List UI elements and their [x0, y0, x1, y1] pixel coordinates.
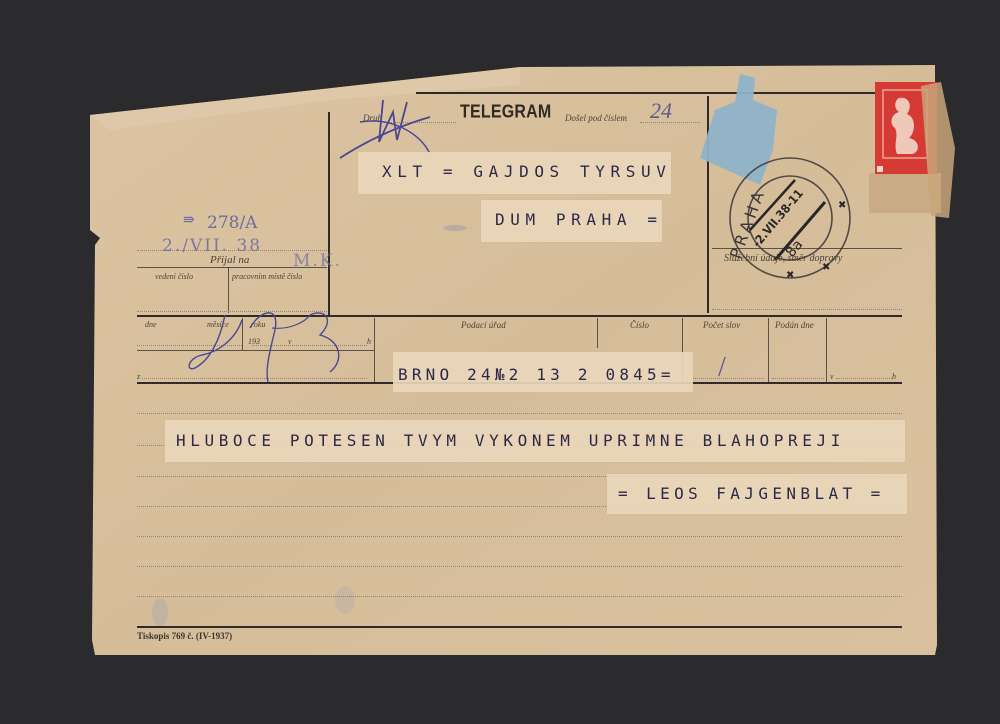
info-dotted-podan — [772, 378, 824, 379]
form-code: Tiskopis 769 č. (IV-1937) — [137, 631, 232, 641]
h2-label: h — [892, 372, 896, 381]
message-line-6 — [137, 566, 902, 567]
top-border-line — [416, 92, 903, 94]
info-dotted-time — [836, 378, 892, 379]
handwritten-signature — [180, 300, 360, 390]
left-column-divider — [328, 112, 330, 315]
v2-label: v — [830, 372, 834, 381]
arrival-stamp-number: 278/A — [207, 213, 257, 233]
info-divider-3 — [597, 318, 598, 348]
dosel-label: Došel pod číslem — [565, 113, 627, 123]
message-line-2-text: = LEOS FAJGENBLAT = — [618, 484, 885, 503]
pocet-slov-handwritten: / — [718, 352, 726, 384]
message-line-1-text: HLUBOCE POTESEN TVYM VYKONEM UPRIMNE BLA… — [176, 431, 845, 450]
arrival-stamp-arrow: ⇛ — [183, 212, 195, 228]
service-label: Služební údaje, směr dopravy — [724, 253, 842, 264]
info-typed-line: BRNO 24№2 13 2 0845= — [398, 365, 675, 384]
info-divider-6 — [826, 318, 827, 382]
postmark-stamp: PRAHA -2.VII.38-11 8a ✖ ✖ ✖ — [720, 150, 860, 290]
message-line-1 — [137, 413, 902, 414]
podaci-urad-label: Podací úřad — [461, 320, 506, 330]
dne-label: dne — [145, 320, 157, 329]
arrival-stamp-date: 2./VII. 38 — [162, 236, 262, 256]
pocet-slov-label: Počet slov — [703, 320, 740, 330]
h-label: h — [367, 337, 371, 346]
pracovni-misto-label: pracovním místě číslo — [232, 272, 302, 281]
svg-text:✖: ✖ — [838, 200, 846, 211]
arrival-stamp-initials: M.K. — [293, 251, 342, 271]
message-line-5 — [137, 536, 902, 537]
dosel-handwritten-value: 24 — [650, 98, 672, 124]
info-divider-5 — [768, 318, 769, 382]
info-divider-2 — [374, 318, 375, 382]
prijal-label: Přijal na — [210, 254, 249, 266]
address-line-2: DUM PRAHA = — [495, 210, 663, 229]
footer-line — [137, 626, 902, 628]
form-title: TELEGRAM — [460, 103, 551, 124]
svg-text:✖: ✖ — [786, 270, 794, 281]
address-line-1: XLT = GAJDOS TYRSUV — [382, 162, 671, 181]
vedeni-cislo-label: vedení číslo — [155, 272, 193, 281]
cislo-label: Číslo — [630, 320, 649, 330]
postage-stamp — [869, 78, 939, 213]
service-dotted-line — [712, 309, 902, 310]
telegram-document: Druh TELEGRAM Došel pod číslem 24 ⇛ 278/… — [0, 0, 1000, 724]
z-label: z — [137, 372, 140, 381]
message-line-7 — [137, 596, 902, 597]
podan-dne-label: Podán dne — [775, 320, 814, 330]
lion-emblem-icon — [869, 78, 959, 218]
